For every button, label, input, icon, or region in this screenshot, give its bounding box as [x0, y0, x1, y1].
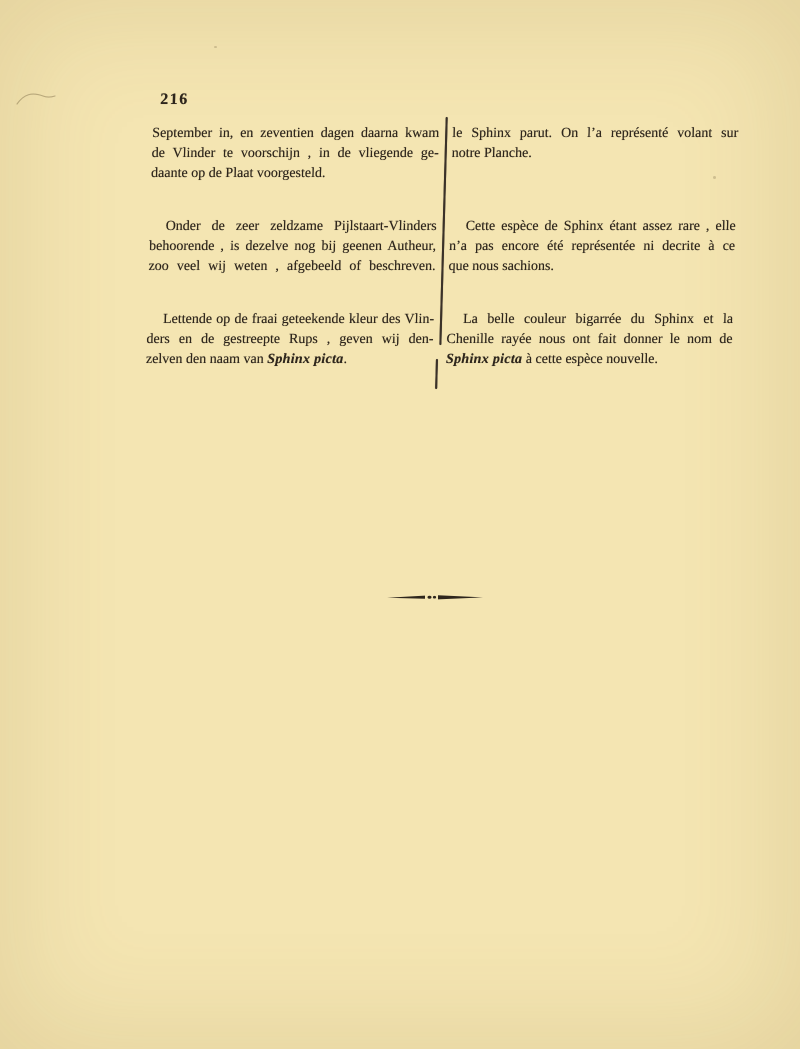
book-page-scan: 216 September in, en zeventien dagen daa… [0, 0, 800, 1049]
paragraph: Cette espèce de Sphinx étant assez rare … [448, 217, 736, 277]
text-segment: à cette espèce nouvelle. [522, 352, 658, 367]
text-segment: que nous sachions. [448, 259, 554, 274]
text-line: zelven den naam van Sphinx picta. [146, 350, 434, 370]
text-segment: Cette espèce de Sphinx étant assez rare … [465, 219, 735, 234]
page-number: 216 [160, 91, 189, 109]
text-segment: de Vlinder te voorschijn , in de vliegen… [152, 146, 439, 161]
paragraph: La belle couleur bigarrée du Sphinx et l… [446, 310, 734, 370]
text-segment: notre Planche. [452, 146, 533, 161]
text-line: La belle couleur bigarrée du Sphinx et l… [447, 310, 734, 330]
text-segment: zelven den naam van [146, 352, 268, 367]
section-divider-ornament [387, 593, 483, 603]
paragraph: Lettende op de fraai geteekende kleur de… [146, 310, 435, 370]
text-segment: ders en de gestreepte Rups , geven wij d… [146, 332, 433, 347]
text-segment: . [343, 352, 347, 367]
text-line: notre Planche. [451, 144, 738, 164]
text-line: Onder de zeer zeldzame Pijlstaart-Vlinde… [149, 217, 437, 237]
text-line: Cette espèce de Sphinx étant assez rare … [449, 217, 736, 237]
text-segment: Onder de zeer zeldzame Pijlstaart-Vlinde… [165, 219, 436, 234]
text-line: Lettende op de fraai geteekende kleur de… [147, 310, 435, 330]
text-segment: La belle couleur bigarrée du Sphinx et l… [463, 312, 733, 327]
text-line: de Vlinder te voorschijn , in de vliegen… [151, 144, 439, 164]
text-segment: Lettende op de fraai geteekende kleur de… [163, 312, 434, 327]
paragraph: September in, en zeventien dagen daarna … [151, 124, 440, 184]
text-line: September in, en zeventien dagen daarna … [152, 124, 440, 144]
text-line: n’a pas encore été représentée ni decrit… [449, 237, 736, 257]
text-segment: daante op de Plaat voorgesteld. [151, 166, 326, 181]
text-line: que nous sachions. [448, 257, 735, 277]
text-segment: zoo veel wij weten , afgebeeld of beschr… [148, 259, 435, 274]
text-line: daante op de Plaat voorgesteld. [151, 164, 439, 184]
column-divider-rule-lower [435, 359, 438, 389]
text-segment: le Sphinx parut. On l’a représenté volan… [452, 126, 738, 141]
text-line: le Sphinx parut. On l’a représenté volan… [452, 124, 739, 144]
text-segment: Chenille rayée nous ont fait donner le n… [446, 332, 732, 347]
column-french: le Sphinx parut. On l’a représenté volan… [444, 124, 738, 424]
paragraph: le Sphinx parut. On l’a représenté volan… [451, 124, 738, 164]
scanned-text-block: 216 September in, en zeventien dagen daa… [0, 0, 800, 1049]
text-line: ders en de gestreepte Rups , geven wij d… [146, 330, 434, 350]
text-line: Sphinx picta à cette espèce nouvelle. [446, 350, 733, 370]
paragraph: Onder de zeer zeldzame Pijlstaart-Vlinde… [148, 217, 437, 277]
text-line: behoorende , is dezelve nog bij geenen A… [149, 237, 437, 257]
text-segment: behoorende , is dezelve nog bij geenen A… [149, 239, 436, 254]
species-name-italic: Sphinx picta [267, 352, 344, 367]
text-line: Chenille rayée nous ont fait donner le n… [446, 330, 733, 350]
column-dutch: September in, en zeventien dagen daarna … [144, 124, 439, 424]
text-line: zoo veel wij weten , afgebeeld of beschr… [148, 257, 436, 277]
text-segment: n’a pas encore été représentée ni decrit… [449, 239, 735, 254]
species-name-italic: Sphinx picta [446, 352, 523, 367]
text-segment: September in, en zeventien dagen daarna … [152, 126, 439, 141]
